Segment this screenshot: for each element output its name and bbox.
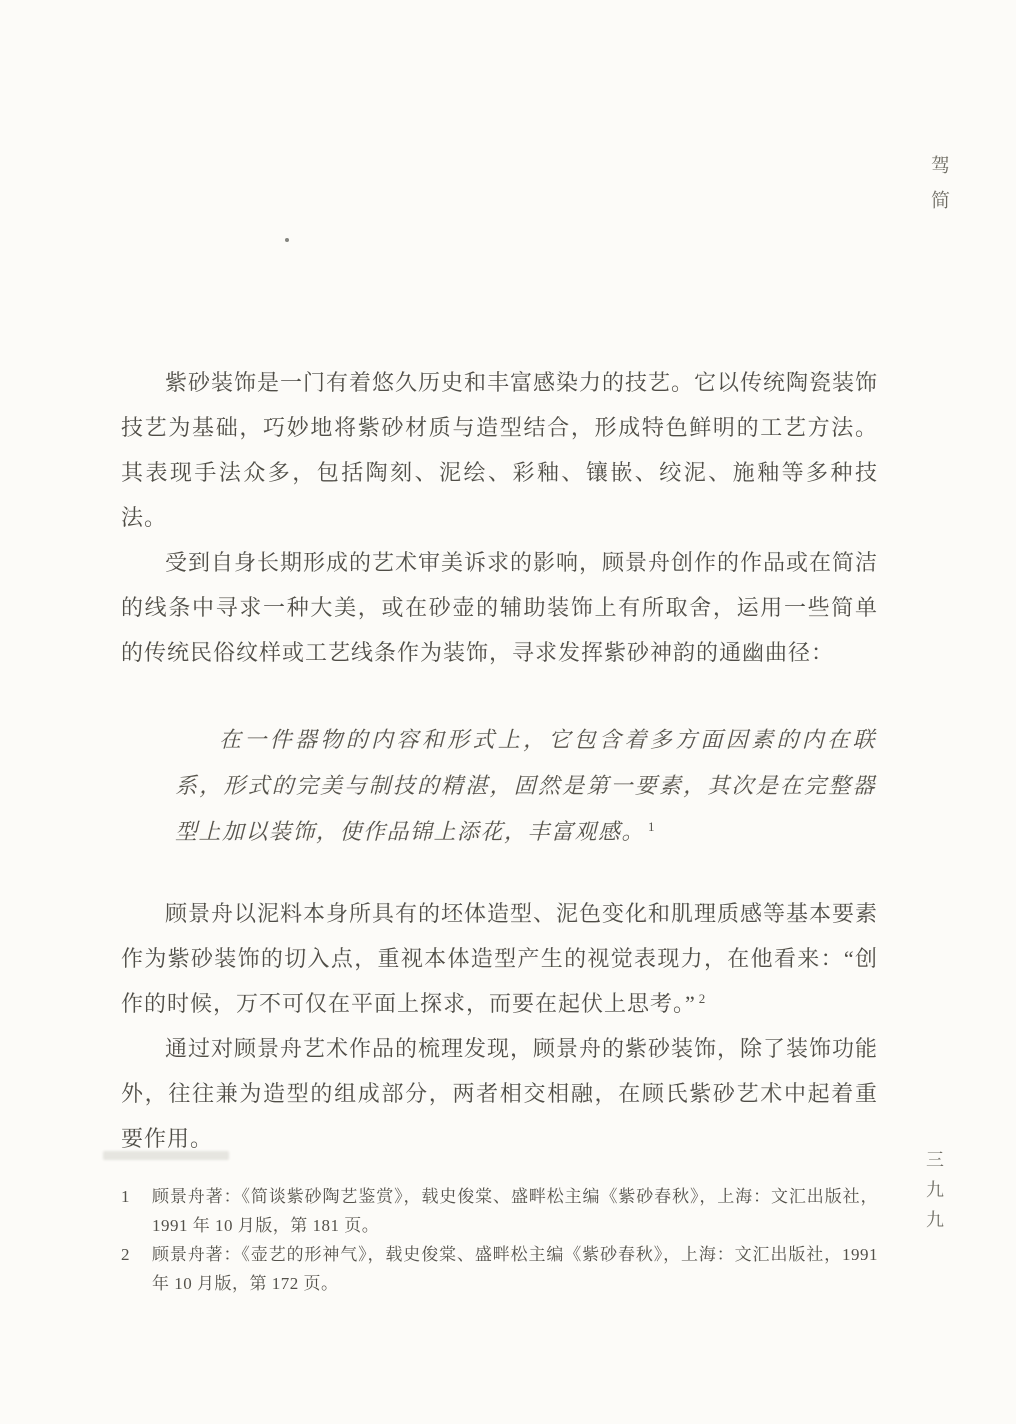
footnotes: 1 顾景舟著：《简谈紫砂陶艺鉴赏》，载史俊棠、盛畔松主编《紫砂春秋》，上海：文汇… xyxy=(121,1182,878,1298)
footnote-2-number: 2 xyxy=(121,1240,152,1269)
paragraph-3: 顾景舟以泥料本身所具有的坯体造型、泥色变化和肌理质感等基本要素作为紫砂装饰的切入… xyxy=(121,891,878,1026)
footnote-ref-1: 1 xyxy=(648,819,655,834)
footnote-ref-2: 2 xyxy=(699,991,706,1006)
book-page: 驾简 紫砂装饰是一门有着悠久历史和丰富感染力的技艺。它以传统陶瓷装饰技艺为基础，… xyxy=(0,0,1016,1424)
footnote-separator-smudge xyxy=(103,1151,229,1160)
footnote-1: 1 顾景舟著：《简谈紫砂陶艺鉴赏》，载史俊棠、盛畔松主编《紫砂春秋》，上海：文汇… xyxy=(121,1182,878,1240)
paragraph-1: 紫砂装饰是一门有着悠久历史和丰富感染力的技艺。它以传统陶瓷装饰技艺为基础，巧妙地… xyxy=(121,360,878,540)
footnote-1-text: 顾景舟著：《简谈紫砂陶艺鉴赏》，载史俊棠、盛畔松主编《紫砂春秋》，上海：文汇出版… xyxy=(152,1182,878,1240)
footnote-1-number: 1 xyxy=(121,1182,152,1211)
quote-text: 在一件器物的内容和形式上，它包含着多方面因素的内在联系，形式的完美与制技的精湛，… xyxy=(175,727,876,844)
paragraph-4: 通过对顾景舟艺术作品的梳理发现，顾景舟的紫砂装饰，除了装饰功能外，往往兼为造型的… xyxy=(121,1026,878,1161)
paragraph-2: 受到自身长期形成的艺术审美诉求的影响，顾景舟创作的作品或在简洁的线条中寻求一种大… xyxy=(121,540,878,675)
page-number: 三九九 xyxy=(921,1150,947,1240)
footnote-2: 2 顾景舟著：《壶艺的形神气》，载史俊棠、盛畔松主编《紫砂春秋》，上海：文汇出版… xyxy=(121,1240,878,1298)
running-header: 驾简 xyxy=(925,155,952,225)
paragraph-3-text: 顾景舟以泥料本身所具有的坯体造型、泥色变化和肌理质感等基本要素作为紫砂装饰的切入… xyxy=(121,901,878,1016)
body-text: 紫砂装饰是一门有着悠久历史和丰富感染力的技艺。它以传统陶瓷装饰技艺为基础，巧妙地… xyxy=(121,360,878,1161)
footnote-2-text: 顾景舟著：《壶艺的形神气》，载史俊棠、盛畔松主编《紫砂春秋》，上海：文汇出版社，… xyxy=(152,1240,878,1298)
scan-speck xyxy=(285,238,289,242)
block-quote: 在一件器物的内容和形式上，它包含着多方面因素的内在联系，形式的完美与制技的精湛，… xyxy=(175,717,876,855)
